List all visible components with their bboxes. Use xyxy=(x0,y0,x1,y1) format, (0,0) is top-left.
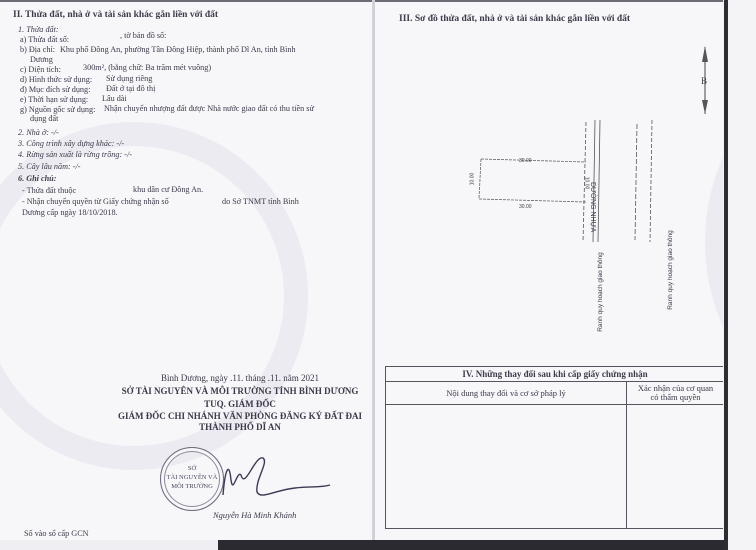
handwritten-signature xyxy=(215,450,335,505)
note-1-start: - Thửa đất thuộc xyxy=(22,186,76,196)
address-label: b) Địa chỉ: xyxy=(20,45,55,55)
changes-table: IV. Những thay đổi sau khi cấp giấy chứn… xyxy=(385,366,723,529)
changes-col-confirm: Xác nhận của cơ quan có thẩm quyền xyxy=(627,382,724,405)
signer-title-city: THÀNH PHỐ DĨ AN xyxy=(100,422,372,432)
usage-form-label: d) Hình thức sử dụng: xyxy=(20,75,92,85)
usage-term-value: Lâu dài xyxy=(102,94,127,104)
note-2-cont: Dương cấp ngày 18/10/2018. xyxy=(22,208,118,218)
road-label: ĐƯỜNG NHỰA xyxy=(587,182,597,232)
area-value: 300m², (bằng chữ: Ba trăm mét vuông) xyxy=(83,63,211,73)
planning-boundary-label-right: Ranh quy hoạch giao thông xyxy=(666,230,676,310)
dim-left: 10.00 xyxy=(467,173,477,186)
perennial-trees-item: 5. Cây lâu năm: -/- xyxy=(18,162,81,172)
origin-value: Nhận chuyển nhượng đất được Nhà nước gia… xyxy=(104,104,314,114)
notes-heading: 6. Ghi chú: xyxy=(18,174,56,184)
usage-form-value: Sử dụng riêng xyxy=(106,74,152,84)
usage-purpose-label: đ) Mục đích sử dụng: xyxy=(20,85,90,95)
note-2-end: do Sở TNMT tỉnh Bình xyxy=(222,197,299,207)
changes-content-cell xyxy=(386,405,627,529)
changes-table-title: IV. Những thay đổi sau khi cấp giấy chứn… xyxy=(386,367,724,382)
stamp-text-3: MÔI TRƯỜNG xyxy=(161,482,223,491)
changes-col-content: Nội dung thay đổi và cơ sở pháp lý xyxy=(386,382,627,405)
origin-value-cont: dụng đất xyxy=(30,114,58,124)
scan-bottom-margin xyxy=(0,540,218,550)
land-parcel-label: a) Thửa đất số: xyxy=(20,35,69,45)
forest-item: 4. Rừng sản xuất là rừng trồng: -/- xyxy=(18,150,132,160)
area-label: c) Diện tích: xyxy=(20,65,61,75)
section-ii-title: II. Thửa đất, nhà ở và tài sản khác gắn … xyxy=(13,10,218,20)
parcel-outline xyxy=(479,159,586,202)
dim-top: 30.00 xyxy=(519,156,532,166)
stamp-text-1: SỞ xyxy=(161,464,223,473)
right-page: III. Sơ đồ thửa đất, nhà ở và tài sản kh… xyxy=(375,0,723,542)
planning-boundary-label-left: Ranh quy hoạch giao thông xyxy=(596,252,606,332)
scan-bottom-edge xyxy=(218,540,724,550)
signer-name: Nguyễn Hà Minh Khánh xyxy=(213,510,296,520)
issuing-org: SỞ TÀI NGUYÊN VÀ MÔI TRƯỜNG TỈNH BÌNH DƯ… xyxy=(100,386,372,396)
land-map-label: , tờ bản đồ số: xyxy=(120,31,166,41)
changes-col-confirm-line2: có thẩm quyền xyxy=(627,393,723,402)
registry-number-label: Số vào sổ cấp GCN xyxy=(24,529,89,539)
signer-title: GIÁM ĐỐC CHI NHÁNH VĂN PHÒNG ĐĂNG KÝ ĐẤT… xyxy=(100,411,372,421)
stamp-text-2: TÀI NGUYÊN VÀ xyxy=(161,473,223,482)
address-value: Khu phố Đông An, phường Tân Đông Hiệp, t… xyxy=(60,45,296,55)
left-page: II. Thửa đất, nhà ở và tài sản khác gắn … xyxy=(0,0,372,542)
north-label: B xyxy=(701,76,707,86)
scan-margin xyxy=(728,0,756,550)
signature-date: Bình Dương, ngày .11. tháng .11. năm 202… xyxy=(100,373,372,383)
usage-term-label: e) Thời hạn sử dụng: xyxy=(20,95,88,105)
dim-bottom: 30.00 xyxy=(519,202,532,212)
changes-confirm-cell xyxy=(627,405,724,529)
other-construction-item: 3. Công trình xây dựng khác: -/- xyxy=(18,139,124,149)
usage-purpose-value: Đất ở tại đô thị xyxy=(106,84,155,94)
land-heading: 1. Thửa đất: xyxy=(18,25,59,35)
address-value-cont: Dương xyxy=(30,55,53,65)
note-1-end: khu dân cư Đông An. xyxy=(133,185,203,195)
house-item: 2. Nhà ở: -/- xyxy=(18,128,59,138)
note-2-start: - Nhận chuyển quyền từ Giấy chứng nhận s… xyxy=(22,197,169,207)
tuq-line: TUQ. GIÁM ĐỐC xyxy=(100,399,372,409)
